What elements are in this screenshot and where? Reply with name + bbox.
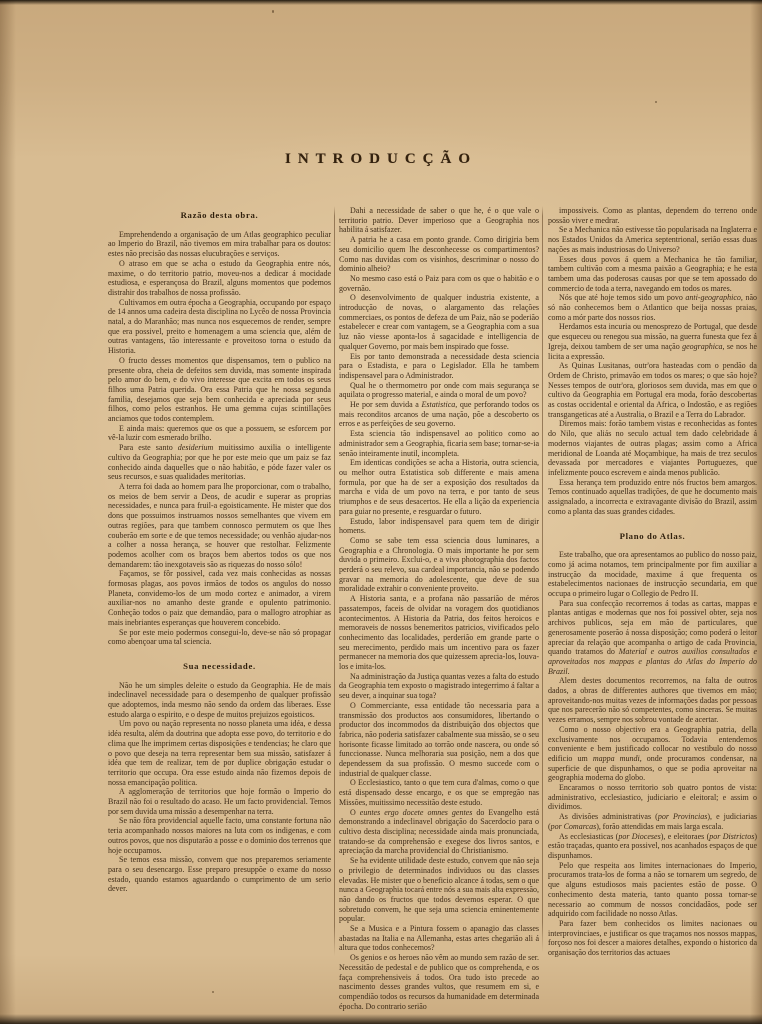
paragraph: impossiveis. Como as plantas, dependem d… (548, 206, 757, 225)
paragraph: Como se sabe tem essa sciencia dous lumi… (339, 536, 539, 594)
section-heading: Plano do Atlas. (548, 532, 757, 542)
column-divider-right (542, 206, 543, 952)
paragraph: Esta sciencia tão indispensavel ao polit… (339, 429, 539, 458)
paragraph: Pelo que respeita aos limites internacio… (548, 861, 757, 919)
paragraph: A terra foi dada ao homem para lhe propo… (108, 482, 331, 569)
paragraph: Se temos essa missão, convem que nos pre… (108, 855, 331, 894)
paragraph: Este trabalho, que ora apresentamos ao p… (548, 550, 757, 599)
paragraph: A Historia santa, e a profana não passar… (339, 594, 539, 672)
paragraph: Se a Mechanica não estivesse tão popular… (548, 225, 757, 254)
paragraph: No mesmo caso está o Paiz para com os qu… (339, 274, 539, 293)
paragraph: Se ha evidente utilidade deste estudo, c… (339, 856, 539, 924)
paper-speck (655, 101, 657, 103)
paragraph: O atraso em que se acha o estudo da Geog… (108, 259, 331, 298)
paragraph: Não he um simples deleite o estudo da Ge… (108, 681, 331, 720)
paragraph: O Commerciante, essa entidade tão necess… (339, 701, 539, 779)
paragraph: Se não fôra providencial aquelle facto, … (108, 816, 331, 855)
paragraph: Façamos, se fôr possivel, cada vez mais … (108, 569, 331, 627)
paragraph: Nós que até hoje temos sido um povo anti… (548, 293, 757, 322)
paragraph: Herdamos esta incuria ou menosprezo de P… (548, 322, 757, 361)
paragraph: As Quinas Lusitanas, outr'ora hasteadas … (548, 361, 757, 419)
paragraph: Se a Musica e a Pintura fossem o apanagi… (339, 924, 539, 953)
paper-speck (212, 991, 214, 993)
paragraph: Alem destes documentos recorremos, na fa… (548, 676, 757, 725)
paragraph: Para este santo desiderium muitissimo au… (108, 443, 331, 482)
paragraph: Dahi a necessidade de saber o que he, é … (339, 206, 539, 235)
paragraph: A agglomeração de territorios que hoje f… (108, 787, 331, 816)
section-heading: Sua necessidade. (108, 662, 331, 672)
paragraph: Emprehendendo a organisação de um Atlas … (108, 230, 331, 259)
paragraph: Na administração da Justiça quantas veze… (339, 672, 539, 701)
paper-speck (272, 10, 274, 13)
paragraph: Para fazer bem conhecidos os limites nac… (548, 919, 757, 958)
paragraph: Encaramos o nosso territorio sob quatro … (548, 783, 757, 812)
paragraph: Esses dous povos á quem a Mechanica he t… (548, 255, 757, 294)
paragraph: Se por este meio podermos consegui-lo, d… (108, 628, 331, 647)
paragraph: O euntes ergo docete omnes gentes do Eva… (339, 808, 539, 857)
paragraph: Um povo ou nação representa no nosso pla… (108, 719, 331, 787)
paragraph: Essa herança tem produzido entre nós fru… (548, 478, 757, 517)
paragraph: E ainda mais: queremos que os que a poss… (108, 424, 331, 443)
paragraph: Diremos mais: forão tambem vistas e reco… (548, 419, 757, 477)
text-column-left: Razão desta obra.Emprehendendo a organis… (108, 206, 331, 894)
paragraph: He por sem duvida a Estatistica, que per… (339, 400, 539, 429)
text-column-center: Dahi a necessidade de saber o que he, é … (339, 206, 539, 1011)
paragraph: Para sua confecção recorremos á todas as… (548, 599, 757, 677)
section-heading: Razão desta obra. (108, 211, 331, 221)
paragraph: Qual he o thermometro por onde com mais … (339, 381, 539, 400)
paragraph: Como o nosso objectivo era a Geographia … (548, 725, 757, 783)
page-title: INTRODUCÇÃO (0, 151, 762, 168)
paragraph: As ecclesiasticas (por Dioceses), e elei… (548, 832, 757, 861)
text-column-right: impossiveis. Como as plantas, dependem d… (548, 206, 757, 958)
paragraph: O Ecclesiastico, tanto o que tem cura d'… (339, 778, 539, 807)
column-divider-left (334, 206, 335, 956)
paragraph: As divisões administrativas (por Provinc… (548, 812, 757, 831)
paragraph: O fructo desses momentos que dispensamos… (108, 356, 331, 424)
paragraph: Cultivamos em outra épocha a Geographia,… (108, 298, 331, 356)
paragraph: Estudo, labor indispensavel para quem te… (339, 517, 539, 536)
paragraph: Eis por tanto demonstrada a necessidade … (339, 352, 539, 381)
paragraph: Em identicas condições se acha a Histori… (339, 458, 539, 516)
paragraph: Os genios e os heroes não vêm ao mundo s… (339, 953, 539, 1011)
paragraph: O desenvolvimento de qualquer industria … (339, 293, 539, 351)
paragraph: A patria he a casa em ponto grande. Como… (339, 235, 539, 274)
scanned-book-page: INTRODUCÇÃO Razão desta obra.Emprehenden… (0, 0, 762, 1024)
